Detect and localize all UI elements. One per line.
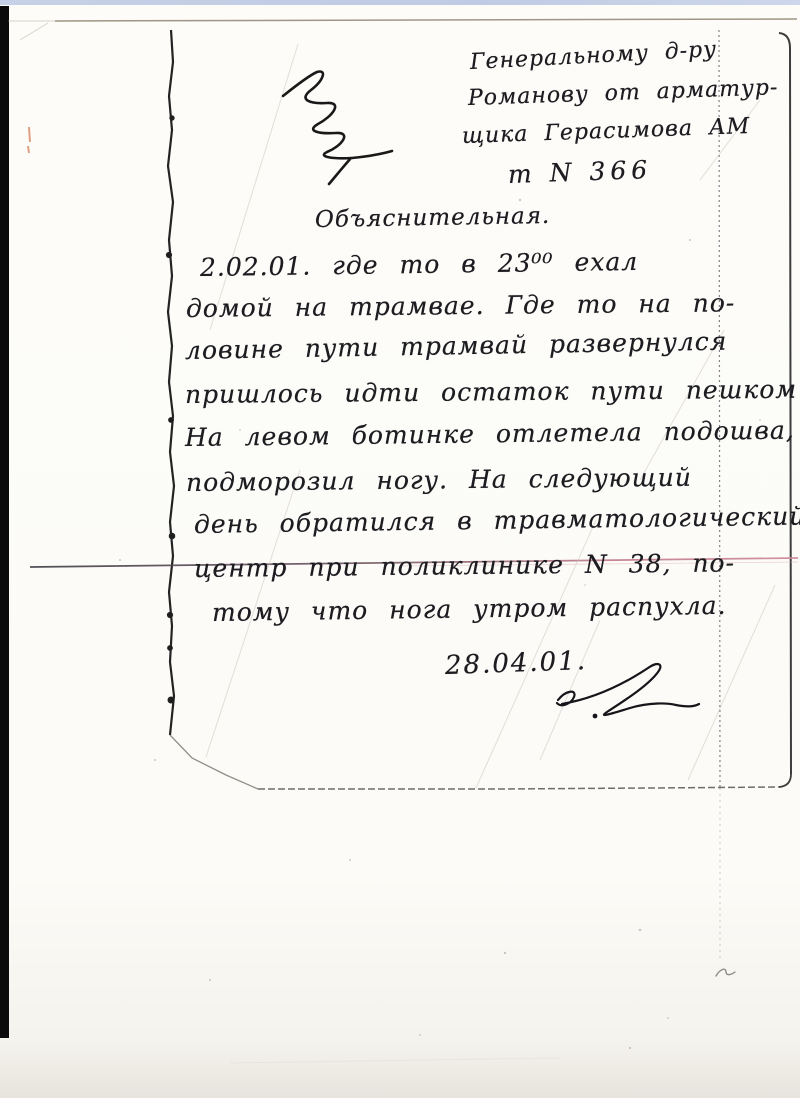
header-line-tab-number: т N 366 <box>507 155 652 189</box>
body-line: центр при поликлинике N 38, по- <box>194 548 735 583</box>
sheet-edge-left <box>166 30 174 735</box>
scanned-document-page: Генеральному д-ру Романову от арматур- щ… <box>0 0 800 1098</box>
body-line: 2.02.01. где то в 23⁰⁰ ехал <box>200 247 639 282</box>
pen-flourish-mark <box>283 71 392 184</box>
body-line: домой на трамвае. Где то на по- <box>186 288 736 323</box>
sheet-edge-top <box>8 19 797 40</box>
body-line: пришлось идти остаток пути пешком <box>185 375 797 409</box>
scan-bottom-shadow <box>0 1040 800 1098</box>
pink-edge-marks <box>28 127 30 153</box>
sheet-edge-bottom <box>170 735 791 789</box>
small-squiggle-mark <box>716 969 735 976</box>
body-line: подморозил ногу. На следующий <box>186 463 692 497</box>
date-line: 28.04.01. <box>444 646 587 681</box>
document-title: Объяснительная. <box>315 203 551 233</box>
sheet-edge-right <box>719 30 791 960</box>
